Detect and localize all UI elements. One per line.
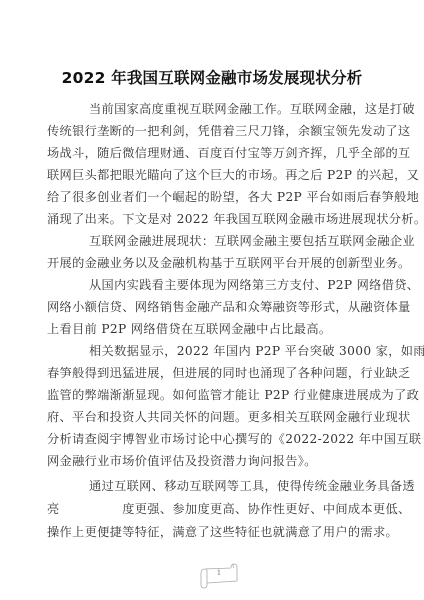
text-line: 操作上更便捷等特征，满意了这些特征也就满意了用户的需求。 [47, 525, 373, 539]
document-title: 2022 年我国互联网金融市场发展现状分析 [0, 66, 424, 88]
text-line: 网络小额信贷、网络销售金融产品和众筹融资等形式，从融资体量 [47, 300, 373, 314]
text-line: 涌现了出来。下文是对 2022 年我国互联网金融市场进展现状分析。 [47, 212, 373, 226]
text-line: 亮 度更强、参加度更高、协作性更好、中间成本更低、 [47, 502, 373, 516]
text-line: 当前国家高度重视互联网金融工作。互联网金融，这是打破 [89, 102, 373, 116]
text-line: 传统银行垄断的一把利剑，凭借着三尺刀锋，余额宝领先发动了这 [47, 124, 373, 138]
text-line: 给了很多创业者们一个崛起的盼望，各大 P2P 平台如雨后春笋般地 [47, 190, 373, 204]
text-line: 分析请查阅宇博智业市场讨论中心撰写的《2022-2022 年中国互联 [47, 432, 373, 446]
page-number-scroll: 1 [199, 563, 233, 585]
text-line: 相关数据显示，2022 年国内 P2P 平台突破 3000 家，如雨后 [89, 344, 373, 358]
text-line: 府、平台和投资人共同关怀的问题。更多相关互联网金融行业现状 [47, 410, 373, 424]
text-line: 从国内实践看主要体现为网络第三方支付、P2P 网络借贷、 [89, 278, 373, 292]
text-line: 场战斗，随后微信理财通、百度百付宝等万剑齐挥，几乎全部的互 [47, 146, 373, 160]
text-line: 上看目前 P2P 网络借贷在互联网金融中占比最高。 [47, 322, 373, 336]
page-number: 1 [199, 569, 239, 577]
text-line: 通过互联网、移动互联网等工具，使得传统金融业务具备透 [89, 479, 373, 493]
text-line: 互联网金融进展现状：互联网金融主要包括互联网金融企业 [89, 234, 373, 248]
text-line: 网金融行业市场价值评估及投资潜力询问报告》。 [47, 454, 373, 468]
text-line: 监管的弊端渐渐显现。如何监管才能让 P2P 行业健康进展成为了政 [47, 388, 373, 402]
text-line: 联网巨头都把眼光瞄向了这个巨大的市场。再之后 P2P 的兴起，又 [47, 168, 373, 182]
text-line: 春笋般得到迅猛进展，但进展的同时也涌现了各种问题，行业缺乏 [47, 366, 373, 380]
text-line: 开展的金融业务以及金融机构基于互联网平台开展的创新型业务。 [47, 256, 373, 270]
